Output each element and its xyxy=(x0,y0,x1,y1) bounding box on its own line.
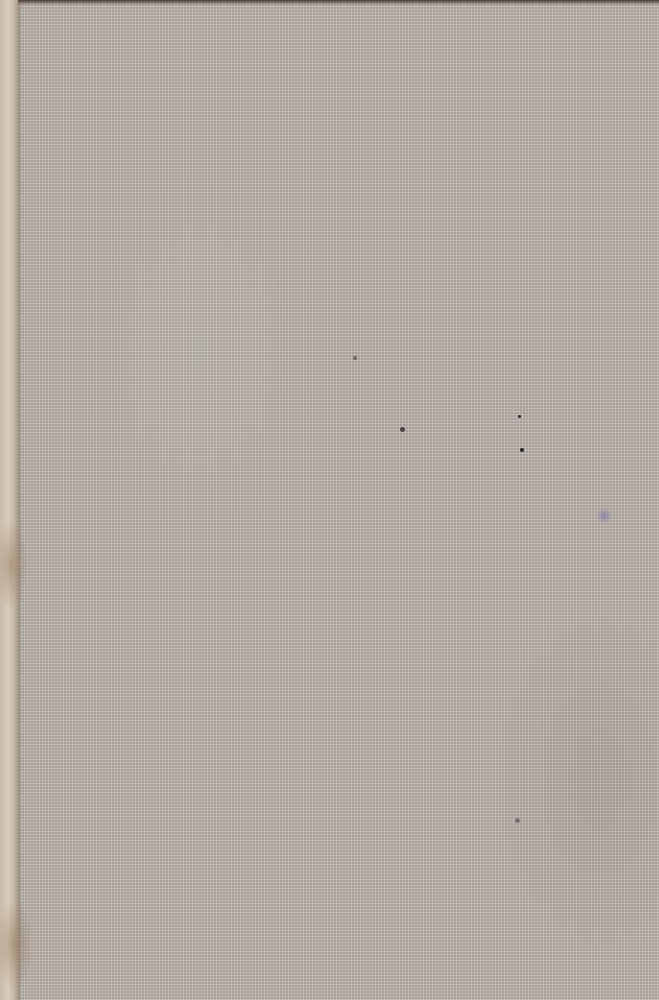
dirt-speck xyxy=(400,427,405,432)
dirt-speck xyxy=(520,448,524,452)
dirt-speck xyxy=(515,818,520,823)
book-spine xyxy=(0,0,18,1000)
book-cover-cloth xyxy=(0,0,659,1000)
dirt-speck xyxy=(353,356,357,360)
spine-stain xyxy=(0,520,28,610)
dirt-speck xyxy=(518,415,521,418)
cover-top-edge xyxy=(0,0,659,5)
ink-spot xyxy=(596,508,612,524)
spine-stain xyxy=(0,900,34,990)
spine-hinge-groove xyxy=(18,0,22,1000)
